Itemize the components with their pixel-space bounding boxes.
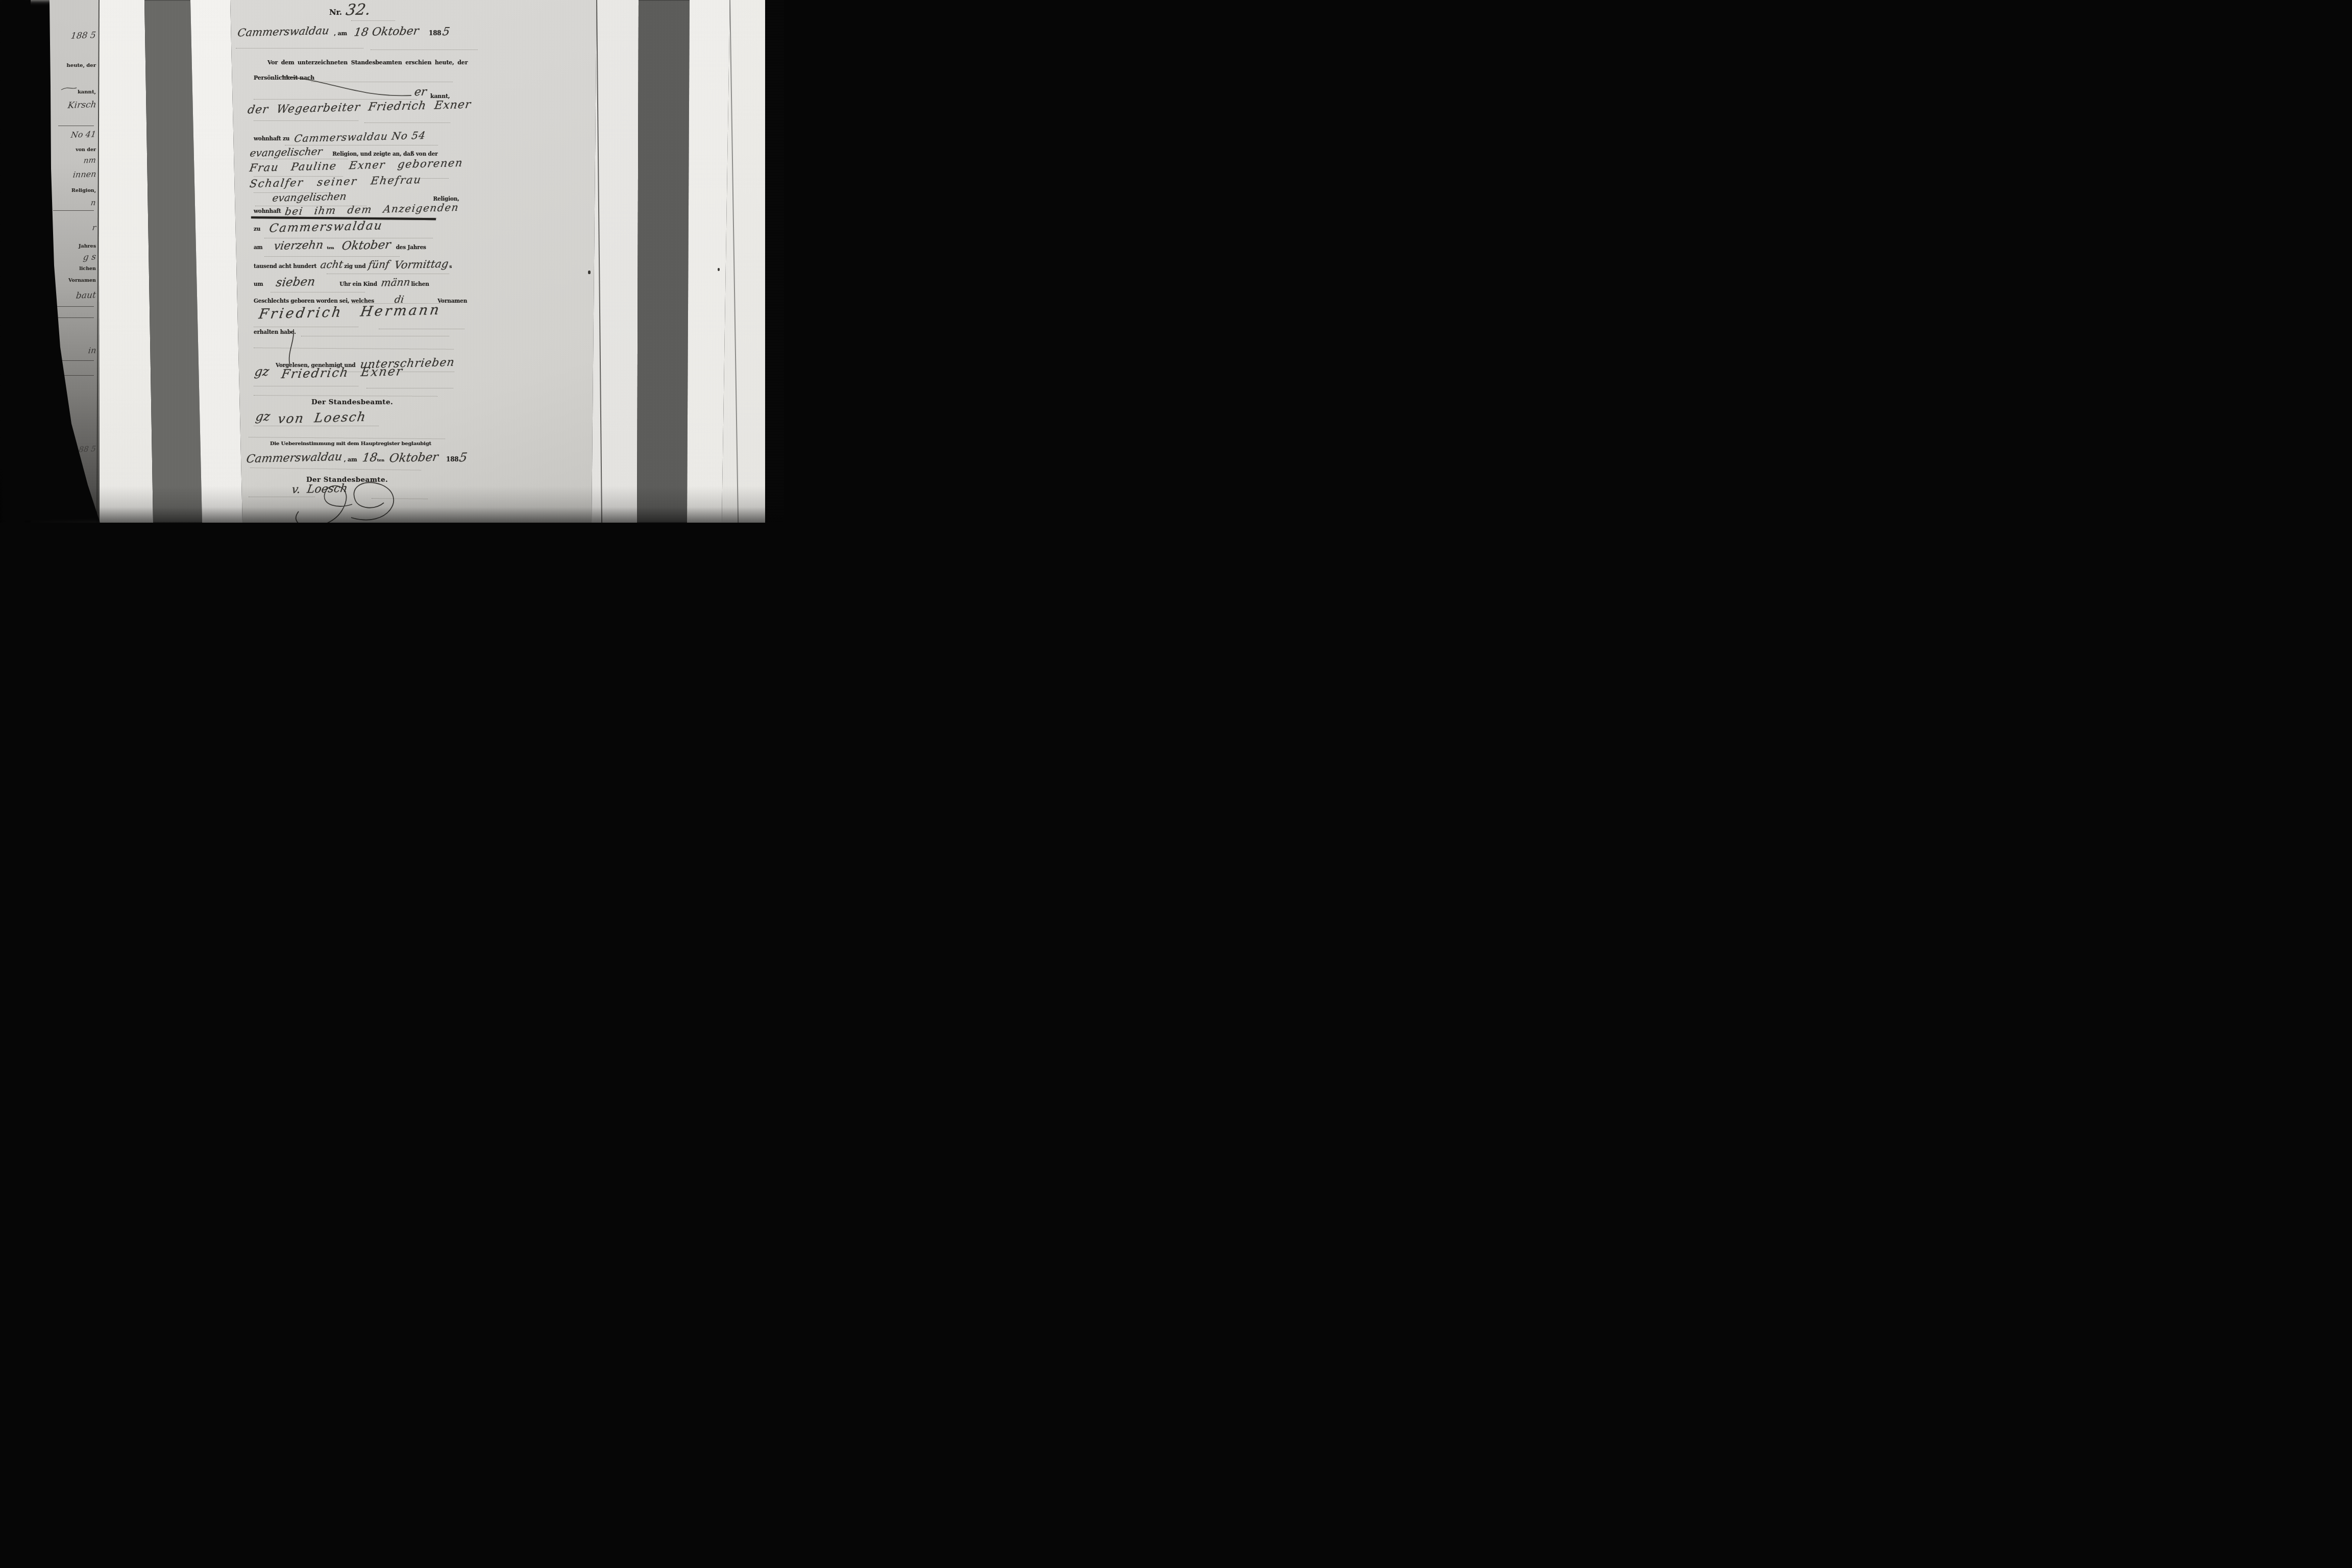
photo-of-birth-record: 188 5heute, derkannt,KirschNo 41von dern… [0,0,784,523]
pen-strokes-layer [0,0,784,523]
ink-speck-page-edge [588,271,591,274]
ink-speck-right-strip [718,268,720,271]
pen-stroke-kannt-lead [61,88,77,90]
pen-stroke-blank-swoosh [282,77,411,95]
frame-black-right [0,0,24,523]
pen-flourish-signature-oval-inner [351,482,394,520]
pen-flourish-signature-oval-outer [296,486,352,523]
pen-stroke-habe-flourish [289,329,294,365]
